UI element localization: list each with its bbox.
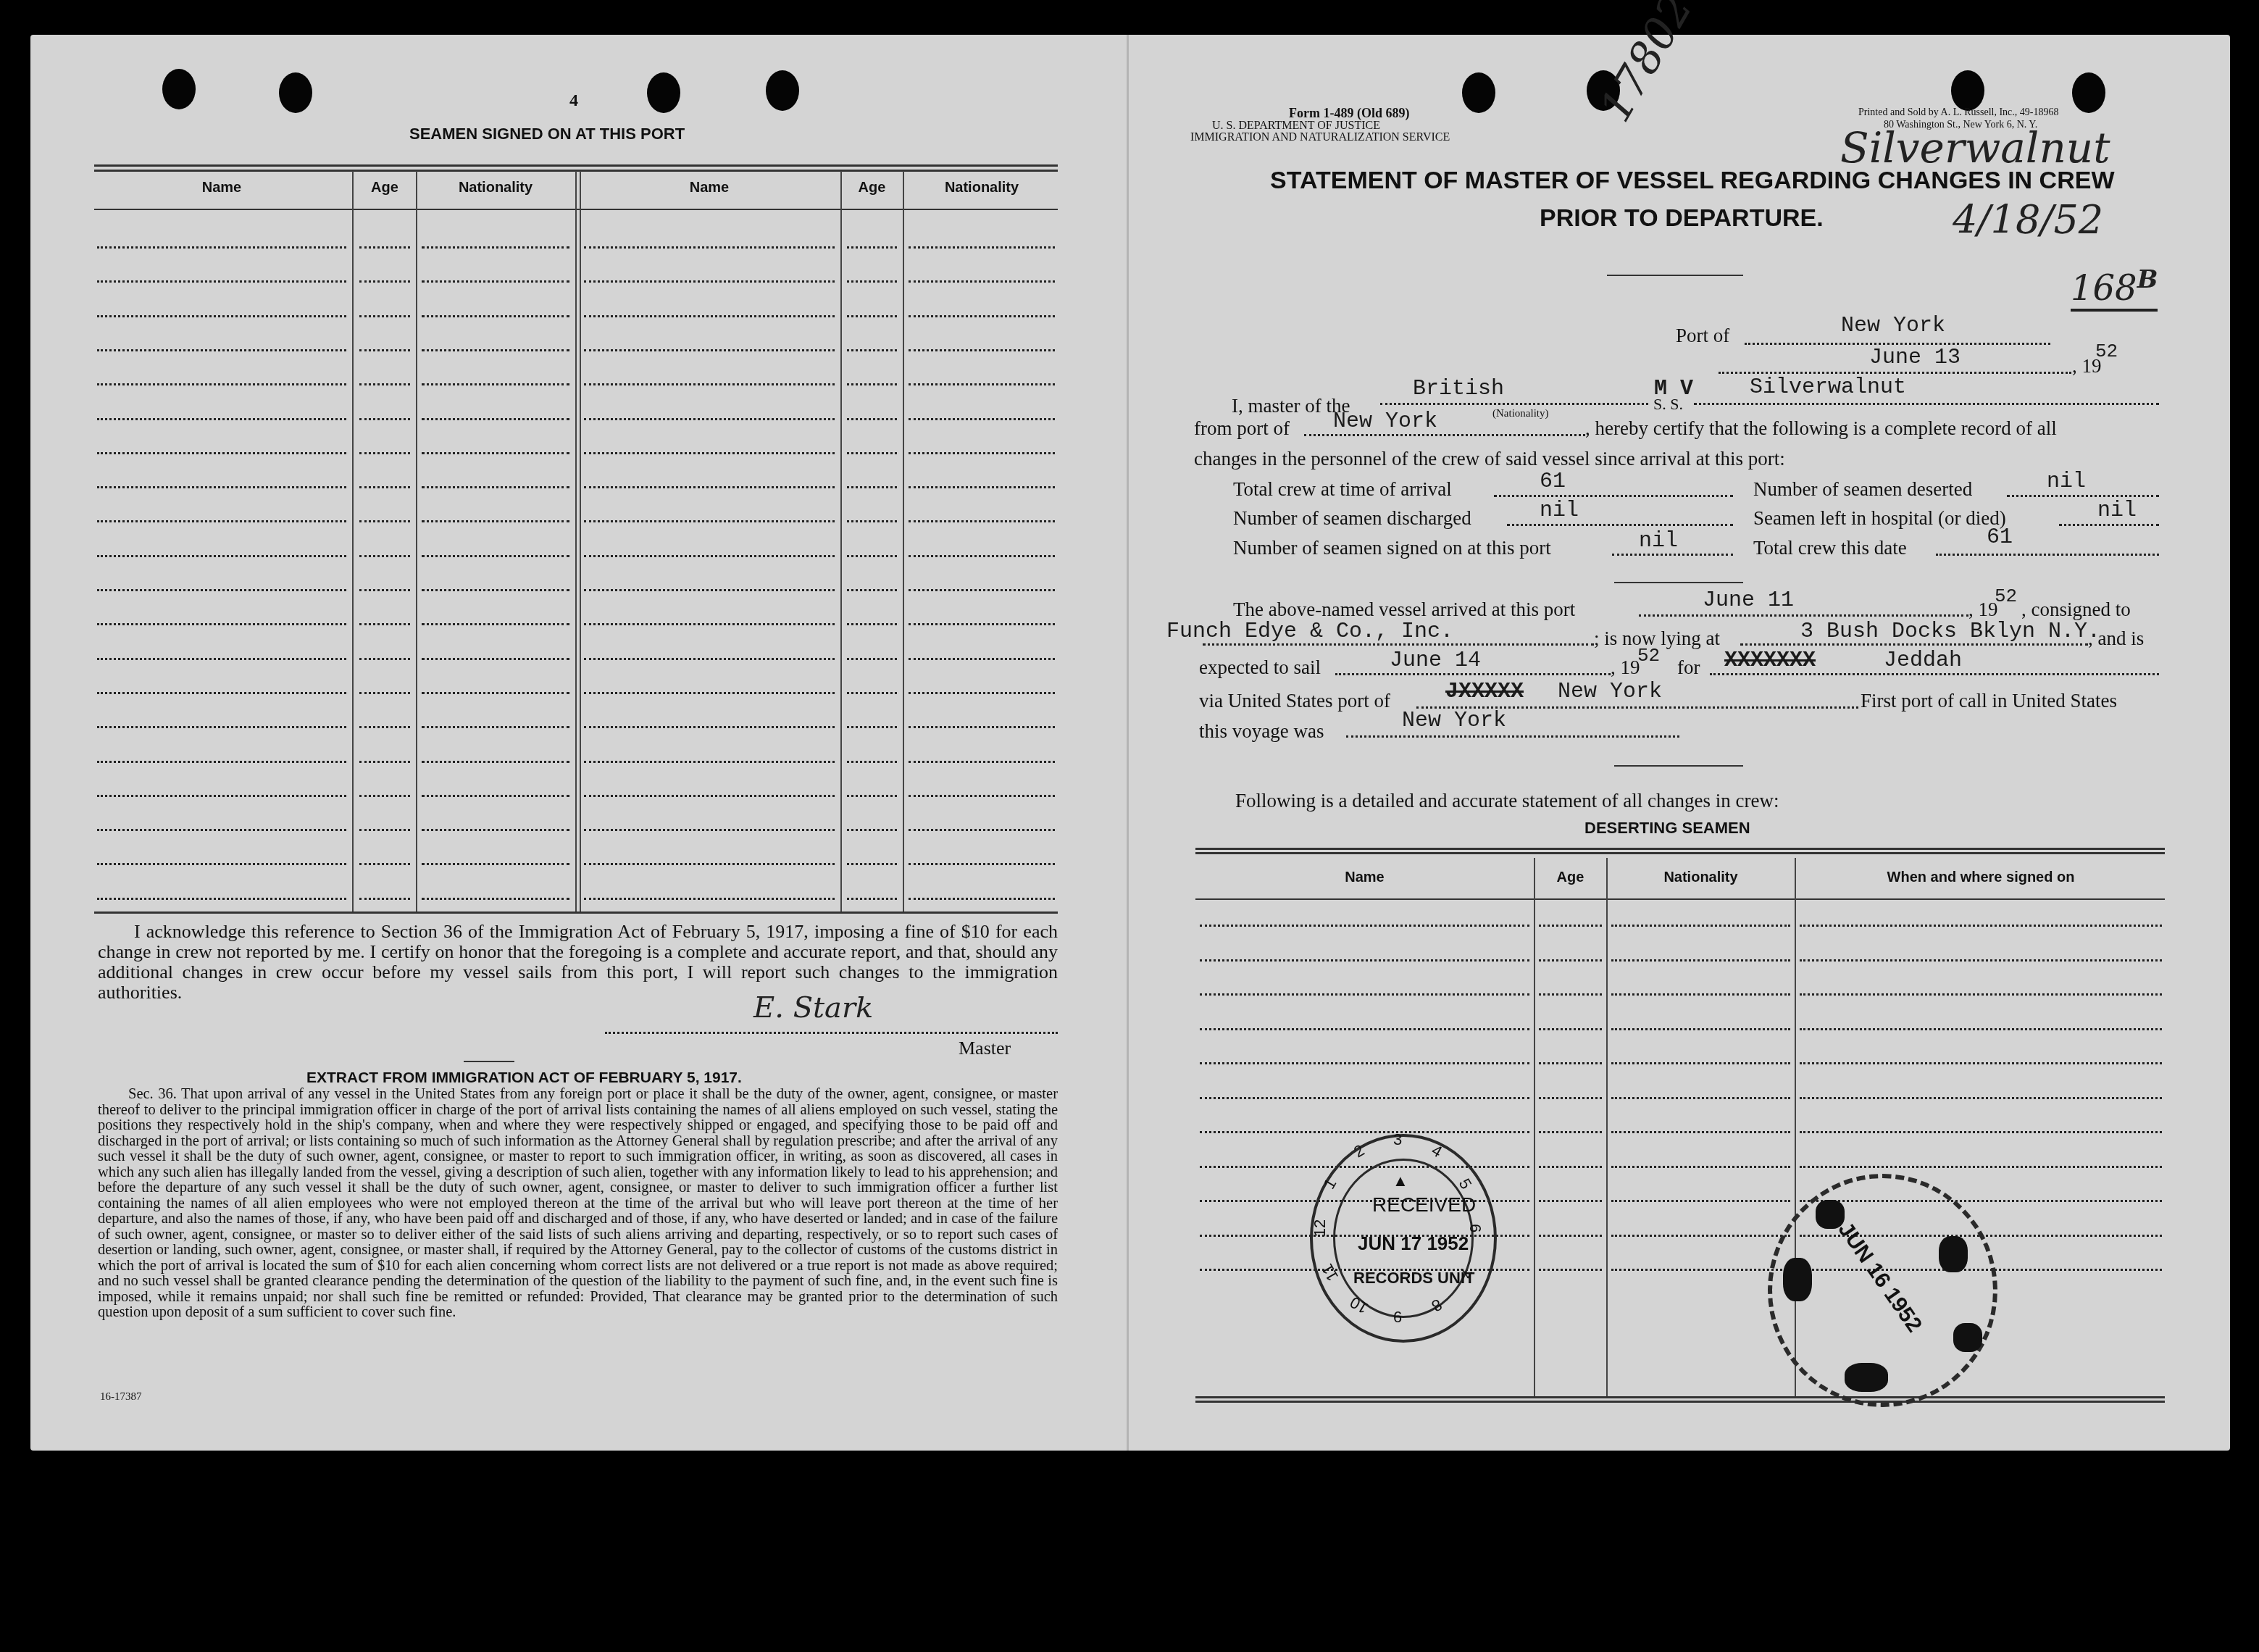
stamp-ring-number: 6 [1466, 1224, 1485, 1232]
punch-hole [1951, 70, 1984, 111]
deserting-title: DESERTING SEAMEN [1584, 819, 1750, 838]
arrival-year-value: 52 [1995, 585, 2017, 607]
acknowledgement-text: I acknowledge this reference to Section … [98, 922, 1058, 1003]
via-port-struck: JXXXXX [1445, 680, 1524, 704]
seamen-discharged-value: nil [1540, 498, 1579, 523]
column-header: Age [844, 180, 900, 196]
page-fold [1127, 35, 1129, 1451]
vessel-name-value: Silverwalnut [1750, 375, 1906, 400]
punch-hole [647, 72, 680, 113]
punch-hole [2072, 72, 2105, 113]
handwritten-date: 4/18/52 [1953, 197, 2103, 243]
column-header: Nationality [906, 180, 1058, 196]
date-value: June 13 [1869, 346, 1961, 370]
total-crew-date-value: 61 [1987, 525, 2013, 550]
total-crew-arrival-value: 61 [1540, 470, 1566, 494]
form-title-line-2: PRIOR TO DEPARTURE. [1540, 204, 1824, 233]
handwritten-ship: Silverwalnut [1840, 123, 2110, 172]
printer-line-1: Printed and Sold by A. L. Russell, Inc.,… [1858, 107, 2059, 119]
port-stamp: JUN 16 1952 [1768, 1174, 1997, 1407]
first-port-value: New York [1402, 709, 1506, 733]
master-label: Master [959, 1038, 1011, 1059]
arrival-date-value: June 11 [1703, 588, 1794, 613]
sail-year-value: 52 [1637, 645, 1660, 667]
column-header: Name [581, 180, 838, 196]
stamp-ring-number: 3 [1393, 1130, 1402, 1149]
extract-title: EXTRACT FROM IMMIGRATION ACT OF FEBRUARY… [306, 1069, 742, 1087]
column-header: Age [356, 180, 413, 196]
master-signature: E. Stark [753, 991, 873, 1025]
column-header: When and where signed on [1797, 869, 2165, 886]
from-port-value: New York [1333, 409, 1437, 434]
extract-text: Sec. 36. That upon arrival of any vessel… [98, 1087, 1058, 1321]
service: IMMIGRATION AND NATURALIZATION SERVICE [1190, 131, 1450, 144]
stamp-ring-number: 2 [1350, 1141, 1368, 1162]
column-header: Nationality [1608, 869, 1793, 886]
stamp-arrow-icon: ▲ [1392, 1172, 1408, 1190]
nationality-value: British [1413, 377, 1504, 401]
handwritten-ref: 168B [2071, 265, 2158, 312]
destination-struck: XXXXXXX [1724, 648, 1816, 673]
stamp-ring-number: 5 [1454, 1175, 1475, 1193]
punch-hole [766, 70, 799, 111]
left-in-hospital-value: nil [2097, 498, 2137, 523]
seamen-deserted-value: nil [2047, 470, 2086, 494]
column-header: Name [94, 180, 349, 196]
year-value: 52 [2095, 341, 2118, 362]
page-number: 4 [569, 91, 578, 111]
sail-date-value: June 14 [1390, 648, 1481, 673]
lying-at-value: 3 Bush Docks Bklyn N.Y. [1800, 619, 2100, 644]
punch-hole [1462, 72, 1495, 113]
received-stamp: ▲ RECEIVED JUN 17 1952 RECORDS UNIT 3456… [1310, 1134, 1497, 1343]
form-code: 16-17387 [100, 1391, 142, 1403]
punch-hole [279, 72, 312, 113]
column-header: Name [1197, 869, 1532, 886]
stamp-ring-number: 1 [1320, 1175, 1341, 1193]
destination-value: Jeddah [1884, 648, 1962, 673]
column-header: Age [1536, 869, 1605, 886]
port-value: New York [1841, 314, 1945, 338]
form-number: Form 1-489 (Old 689) [1289, 106, 1409, 121]
left-section-title: SEAMEN SIGNED ON AT THIS PORT [409, 125, 685, 143]
consignee-value: Funch Edye & Co., Inc. [1166, 619, 1453, 644]
via-port-value: New York [1558, 680, 1662, 704]
form-title-line-1: STATEMENT OF MASTER OF VESSEL REGARDING … [1270, 167, 2115, 195]
signed-on-value: nil [1639, 529, 1678, 554]
stamp-ring-number: 4 [1428, 1141, 1445, 1162]
stamp-ring-number: 9 [1393, 1307, 1402, 1326]
column-header: Nationality [419, 180, 572, 196]
stamp-ring-number: 12 [1311, 1219, 1329, 1237]
punch-hole [162, 69, 196, 109]
